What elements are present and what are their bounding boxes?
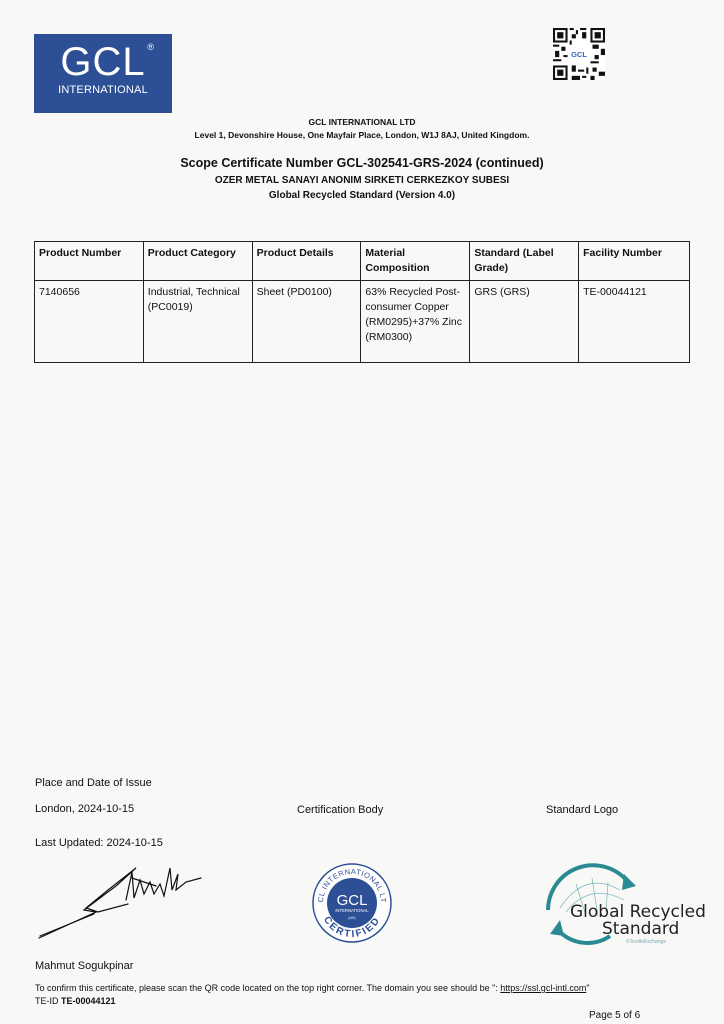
header-product-category: Product Category	[143, 242, 252, 281]
header-product-number: Product Number	[35, 242, 144, 281]
standard-name: Global Recycled Standard (Version 4.0)	[0, 190, 724, 201]
cell-standard: GRS (GRS)	[470, 281, 579, 363]
verification-link[interactable]: https://ssl.gcl-intl.com	[500, 983, 586, 993]
te-id-value: TE-00044121	[61, 996, 116, 1006]
gcl-logo: GCL ® INTERNATIONAL	[34, 34, 172, 113]
svg-text:©TextileExchange: ©TextileExchange	[626, 938, 666, 945]
page-number: Page 5 of 6	[589, 1010, 640, 1021]
svg-text:GCL: GCL	[571, 50, 587, 59]
header-standard-label-grade: Standard (Label Grade)	[470, 242, 579, 281]
table-row: 7140656 Industrial, Technical (PC0019) S…	[35, 281, 690, 363]
confirm-suffix: "	[586, 983, 589, 993]
certification-body-label: Certification Body	[297, 804, 383, 816]
standard-logo-label: Standard Logo	[546, 804, 618, 816]
confirm-text: To confirm this certificate, please scan…	[35, 983, 500, 993]
company-name: OZER METAL SANAYI ANONIM SIRKETI CERKEZK…	[0, 175, 724, 186]
cell-material-composition: 63% Recycled Post- consumer Copper (RM02…	[361, 281, 470, 363]
confirm-instructions: To confirm this certificate, please scan…	[35, 983, 590, 993]
cell-product-category: Industrial, Technical (PC0019)	[143, 281, 252, 363]
cell-product-details: Sheet (PD0100)	[252, 281, 361, 363]
header-product-details: Product Details	[252, 242, 361, 281]
header-material-composition: Material Composition	[361, 242, 470, 281]
last-updated: Last Updated: 2024-10-15	[35, 837, 163, 849]
te-id: TE-ID TE-00044121	[35, 996, 116, 1006]
org-address: Level 1, Devonshire House, One Mayfair P…	[0, 130, 724, 140]
logo-sub-text: INTERNATIONAL	[34, 84, 172, 96]
place-date-label: Place and Date of Issue	[35, 777, 152, 789]
cell-product-number: 7140656	[35, 281, 144, 363]
svg-text:(UK): (UK)	[348, 916, 355, 920]
table-header-row: Product Number Product Category Product …	[35, 242, 690, 281]
te-id-label: TE-ID	[35, 996, 61, 1006]
svg-text:INTERNATIONAL: INTERNATIONAL	[335, 908, 369, 913]
global-recycled-standard-logo-icon: Global Recycled Standard ©TextileExchang…	[540, 860, 705, 950]
cell-facility-number: TE-00044121	[579, 281, 690, 363]
qr-code-icon[interactable]: GCL	[553, 28, 605, 80]
place-date-value: London, 2024-10-15	[35, 803, 134, 815]
signature-image	[36, 860, 206, 940]
org-name: GCL INTERNATIONAL LTD	[0, 117, 724, 127]
product-table: Product Number Product Category Product …	[34, 241, 690, 363]
registered-mark: ®	[147, 42, 154, 52]
svg-text:GCL: GCL	[337, 892, 368, 909]
signatory-name: Mahmut Sogukpinar	[35, 960, 133, 972]
certificate-title: Scope Certificate Number GCL-302541-GRS-…	[0, 156, 724, 170]
svg-text:Standard: Standard	[602, 919, 679, 939]
gcl-certified-seal-icon: GCL INTERNATIONAL LTD CERTIFIED GCL INTE…	[311, 862, 393, 944]
header-facility-number: Facility Number	[579, 242, 690, 281]
